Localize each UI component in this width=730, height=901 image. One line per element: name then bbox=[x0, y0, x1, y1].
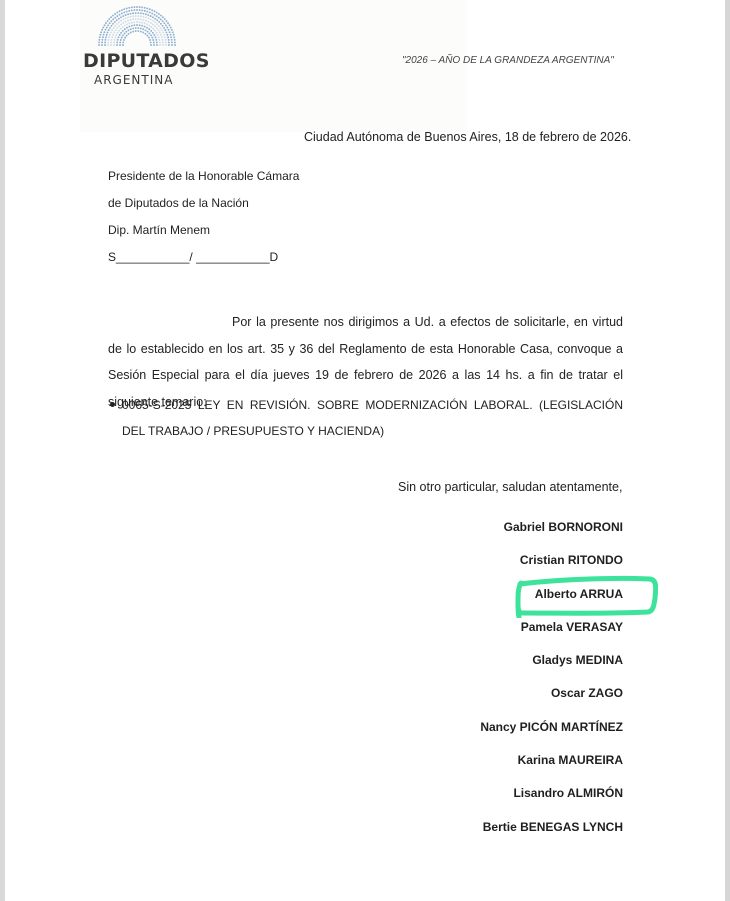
closing-line: Sin otro particular, saludan atentamente… bbox=[398, 480, 622, 494]
highlight-circle-mark bbox=[512, 574, 658, 618]
signatory-name: Lisandro ALMIRÓN bbox=[480, 783, 623, 816]
addressee-line: de Diputados de la Nación bbox=[108, 190, 299, 217]
signatory-name: Oscar ZAGO bbox=[480, 683, 623, 716]
letterhead-motto: "2026 – AÑO DE LA GRANDEZA ARGENTINA" bbox=[402, 55, 614, 66]
signatory-name: Karina MAUREIRA bbox=[480, 750, 623, 783]
place-and-date: Ciudad Autónoma de Buenos Aires, 18 de f… bbox=[304, 130, 631, 144]
signatory-name: Pamela VERASAY bbox=[480, 617, 623, 650]
addressee-salutation: S___________/ ___________D bbox=[108, 244, 299, 271]
signatory-name: Bertie BENEGAS LYNCH bbox=[480, 817, 623, 850]
signatory-name: Gabriel BORNORONI bbox=[480, 517, 623, 550]
addressee-line: Dip. Martín Menem bbox=[108, 217, 299, 244]
agenda-list: 0065-S-2025 LEY EN REVISIÓN. SOBRE MODER… bbox=[108, 392, 623, 444]
signatory-name: Nancy PICÓN MARTÍNEZ bbox=[480, 717, 623, 750]
signatory-name: Gladys MEDINA bbox=[480, 650, 623, 683]
page-edge-right bbox=[725, 0, 730, 901]
chamber-seats-arc-icon bbox=[96, 4, 178, 46]
logo-subtitle: ARGENTINA bbox=[94, 73, 173, 87]
logo-title: DIPUTADOS bbox=[83, 50, 210, 72]
addressee-line: Presidente de la Honorable Cámara bbox=[108, 163, 299, 190]
addressee-block: Presidente de la Honorable Cámara de Dip… bbox=[108, 163, 299, 271]
agenda-item: 0065-S-2025 LEY EN REVISIÓN. SOBRE MODER… bbox=[122, 392, 623, 444]
signatories-list: Gabriel BORNORONICristian RITONDOAlberto… bbox=[480, 517, 623, 850]
